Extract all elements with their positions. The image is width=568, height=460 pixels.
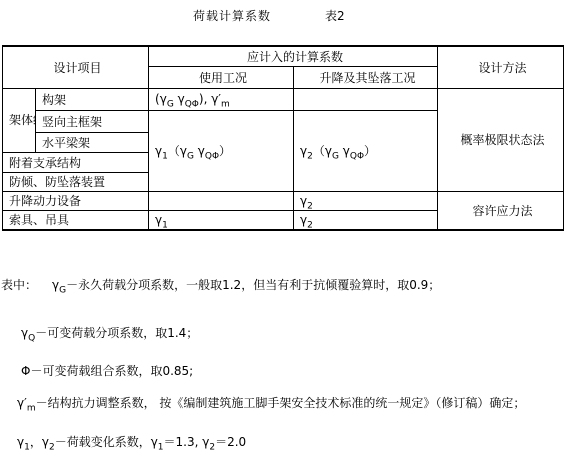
header-lift-fall-case: 升降及其坠落工况 (294, 66, 438, 88)
cell-item-frame: 构架 (36, 88, 149, 110)
note-gamma-g-text: γG－永久荷载分项系数，一般取1.2，但当有利于抗倾覆验算时，取0.9； (52, 278, 440, 292)
header-coefficients: 应计入的计算系数 (149, 46, 438, 66)
note-phi: Φ－可变荷载组合系数，取0.85; (21, 362, 193, 379)
document-page: 荷载计算系数 表2 设计项目 应计入的计算系数 设计方法 使用工况 升降及其坠落… (0, 0, 568, 460)
cell-method-probability: 概率极限状态法 (438, 88, 564, 191)
table-header-row-1: 设计项目 应计入的计算系数 设计方法 (3, 46, 564, 66)
cell-item-attached-support: 附着支承结构 (3, 152, 149, 172)
note-gamma-q-text: γQ－可变荷载分项系数，取1.4； (21, 326, 198, 340)
note-gamma-m-text: γ′m－结构抗力调整系数， 按《编制建筑施工脚手架安全技术标准的统一规定》（修订… (17, 396, 525, 410)
note-gamma-m: γ′m－结构抗力调整系数， 按《编制建筑施工脚手架安全技术标准的统一规定》（修订… (17, 394, 525, 411)
notes-label: 表中： (1, 278, 37, 292)
note-phi-text: Φ－可变荷载组合系数，取0.85; (21, 364, 193, 378)
title-bar: 荷载计算系数 表2 (0, 7, 568, 23)
cell-item-anti-tilt-fall: 防倾、防坠落装置 (3, 172, 149, 191)
note-gamma-g: 表中：γG－永久荷载分项系数，一般取1.2，但当有利于抗倾覆验算时，取0.9； (1, 276, 440, 293)
header-use-case: 使用工况 (149, 66, 294, 88)
cell-frame-use-formula: (γG γQΦ), γ′m (149, 88, 294, 110)
cell-group-frame-structure: 架体结构 (3, 88, 36, 152)
note-gamma-q: γQ－可变荷载分项系数，取1.4； (21, 324, 198, 341)
cell-lifting-equipment-lift-formula: γ2 (294, 191, 438, 210)
cell-item-horizontal-beam: 水平梁架 (36, 132, 149, 152)
cell-lifting-equipment-use-empty (149, 191, 294, 210)
table-row-frame: 架体结构 构架 (γG γQΦ), γ′m 概率极限状态法 (3, 88, 564, 110)
header-design-method: 设计方法 (438, 46, 564, 88)
cell-frame-lift-empty (294, 88, 438, 110)
table-row-lifting-equipment: 升降动力设备 γ2 容许应力法 (3, 191, 564, 210)
cell-method-allowable: 容许应力法 (438, 191, 564, 230)
cell-item-rigging: 索具、吊具 (3, 210, 149, 230)
note-gamma-1-2: γ1，γ2－荷载变化系数，γ1＝1.3, γ2＝2.0 (17, 433, 246, 450)
table-number-label: 表2 (325, 7, 345, 24)
load-coefficient-table: 设计项目 应计入的计算系数 设计方法 使用工况 升降及其坠落工况 架体结构 构架… (2, 45, 564, 231)
header-design-item: 设计项目 (3, 46, 149, 88)
cell-vertical-main-frame-use-formula: γ1（γG γQΦ） (149, 110, 294, 191)
cell-item-lifting-equipment: 升降动力设备 (3, 191, 149, 210)
page-title: 荷载计算系数 (193, 7, 271, 24)
cell-rigging-use-formula: γ1 (149, 210, 294, 230)
cell-rigging-lift-formula: γ2 (294, 210, 438, 230)
cell-item-vertical-main-frame: 竖向主框架 (36, 110, 149, 132)
note-gamma-1-2-text: γ1，γ2－荷载变化系数，γ1＝1.3, γ2＝2.0 (17, 435, 246, 449)
cell-vertical-main-frame-lift-formula: γ2（γG γQΦ） (294, 110, 438, 191)
